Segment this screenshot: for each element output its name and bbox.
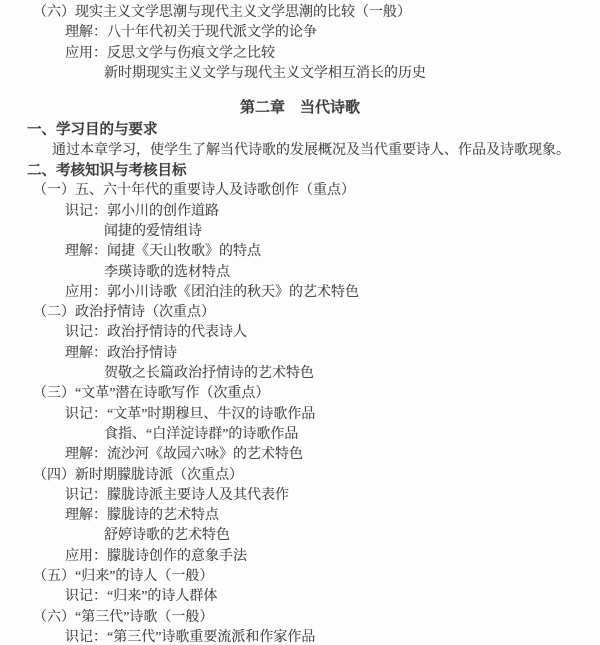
outline-item: （六）“第三代”诗歌（一般）	[0, 608, 600, 628]
outline-sub-item: 理解：朦胧诗的艺术特点	[0, 506, 600, 526]
outline-item: （二）政治抒情诗（次重点）	[0, 303, 600, 323]
outline-continuation-line: 舒婷诗歌的艺术特色	[0, 526, 600, 546]
outline-sub-item: 应用：朦胧诗创作的意象手法	[0, 547, 600, 567]
outline-sub-item: 理解：八十年代初关于现代派文学的论争	[0, 23, 600, 43]
outline-sub-item: 识记：“文革”时期穆旦、牛汉的诗歌作品	[0, 405, 600, 425]
outline-sub-item: 识记：郭小川的创作道路	[0, 202, 600, 222]
outline-item: （五）“归来”的诗人（一般）	[0, 567, 600, 587]
outline-continuation-line: 新时期现实主义文学与现代主义文学相互消长的历史	[0, 64, 600, 84]
outline-sub-item: 识记：“归来”的诗人群体	[0, 587, 600, 607]
outline-item: （三）“文革”潜在诗歌写作（次重点）	[0, 384, 600, 404]
outline-sub-item: 识记：政治抒情诗的代表诗人	[0, 323, 600, 343]
outline-continuation-line: 闻捷的爱情组诗	[0, 222, 600, 242]
outline-sub-item: 理解：闻捷《天山牧歌》的特点	[0, 242, 600, 262]
document-page: （六）现实主义文学思潮与现代主义文学思潮的比较（一般）理解：八十年代初关于现代派…	[0, 0, 600, 645]
outline-continuation-line: 李瑛诗歌的选材特点	[0, 263, 600, 283]
outline-continuation-line: 食指、“白洋淀诗群”的诗歌作品	[0, 425, 600, 445]
outline-item: （六）现实主义文学思潮与现代主义文学思潮的比较（一般）	[0, 3, 600, 23]
outline-sub-item: 应用：郭小川诗歌《团泊洼的秋天》的艺术特色	[0, 283, 600, 303]
outline-item: （四）新时期朦胧诗派（次重点）	[0, 466, 600, 486]
outline-item: （一）五、六十年代的重要诗人及诗歌创作（重点）	[0, 181, 600, 201]
outline-sub-item: 应用：反思文学与伤痕文学之比较	[0, 44, 600, 64]
paragraph: 通过本章学习，使学生了解当代诗歌的发展概况及当代重要诗人、作品及诗歌现象。	[0, 141, 600, 161]
outline-sub-item: 识记：“第三代”诗歌重要流派和作家作品	[0, 628, 600, 645]
document-content: （六）现实主义文学思潮与现代主义文学思潮的比较（一般）理解：八十年代初关于现代派…	[0, 0, 600, 645]
section-heading: 一、学习目的与要求	[0, 120, 600, 140]
outline-continuation-line: 贺敬之长篇政治抒情诗的艺术特色	[0, 364, 600, 384]
outline-sub-item: 理解：流沙河《故园六咏》的艺术特色	[0, 445, 600, 465]
outline-sub-item: 识记：朦胧诗派主要诗人及其代表作	[0, 486, 600, 506]
chapter-title: 第二章 当代诗歌	[0, 98, 600, 118]
section-heading: 二、考核知识与考核目标	[0, 161, 600, 181]
outline-sub-item: 理解：政治抒情诗	[0, 344, 600, 364]
